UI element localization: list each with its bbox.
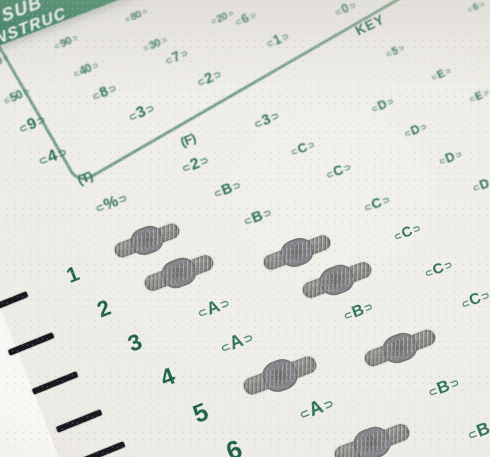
bubble-3: ⊂3⊃ — [251, 108, 280, 132]
bubble-C: ⊂C⊃ — [459, 288, 490, 313]
bubble-E: ⊂E⊃ — [430, 66, 453, 84]
question-number-1: 1 — [64, 263, 83, 287]
pencil-mark — [241, 354, 318, 397]
pencil-mark — [363, 328, 438, 369]
bubble-A: ⊂A⊃ — [217, 328, 255, 357]
bubble-C: ⊂C⊃ — [392, 221, 422, 244]
score-box-border — [0, 0, 490, 186]
bubble-D: ⊂D⊃ — [369, 95, 394, 115]
pencil-mark — [113, 221, 182, 259]
bubble-B: ⊂B⊃ — [241, 205, 272, 229]
bubble-B: ⊂B⊃ — [212, 178, 242, 201]
question-number-5: 5 — [190, 400, 212, 428]
bubble-6: ⊂6⊃ — [466, 0, 486, 16]
bubble-2: ⊂2⊃ — [179, 153, 210, 178]
bubble-5: ⊂5⊃ — [384, 43, 406, 61]
bubble-9: ⊂9⊃ — [16, 112, 47, 138]
bubble-C: ⊂C⊃ — [288, 137, 315, 158]
bubble-50: ⊂50⊃ — [1, 85, 30, 107]
bubble-C: ⊂C⊃ — [324, 160, 352, 182]
timing-mark — [56, 409, 103, 432]
bubble-C: ⊂C⊃ — [361, 192, 390, 215]
question-number-2: 2 — [94, 297, 113, 322]
question-number-4: 4 — [157, 364, 178, 391]
timing-mark — [32, 371, 79, 394]
bubble-B: ⊂B⊃ — [465, 416, 490, 444]
bubble-A: ⊂A⊃ — [296, 394, 336, 425]
bubble-C: ⊂C⊃ — [422, 257, 453, 281]
bubble-D: ⊂D⊃ — [437, 148, 463, 168]
question-number-3: 3 — [125, 330, 145, 356]
scantron-sheet-photo: SUB NSTRUC KEY ⊂100⊃⊂90⊃⊂80⊃⊂50⊃⊂40⊃⊂30⊃… — [0, 0, 490, 457]
bubble-B: ⊂B⊃ — [425, 373, 461, 400]
pencil-mark — [142, 253, 215, 293]
timing-mark — [0, 291, 28, 314]
bubble-A: ⊂A⊃ — [195, 294, 232, 322]
bubble-4: ⊂4⊃ — [35, 143, 68, 169]
bubble-B: ⊂B⊃ — [341, 299, 375, 325]
bubble-D: ⊂D⊃ — [402, 120, 427, 139]
timing-mark — [8, 332, 55, 355]
question-number-6: 6 — [223, 435, 246, 457]
pencil-mark — [262, 233, 333, 272]
pencil-mark — [332, 421, 411, 457]
bubble-E: ⊂E⊃ — [468, 88, 490, 106]
bubble-%: ⊂%⊃ — [93, 191, 129, 218]
pencil-mark — [300, 260, 373, 300]
bubble-D: ⊂D⊃ — [470, 173, 490, 194]
timing-mark — [79, 441, 126, 457]
label-f: (F) — [179, 131, 198, 149]
